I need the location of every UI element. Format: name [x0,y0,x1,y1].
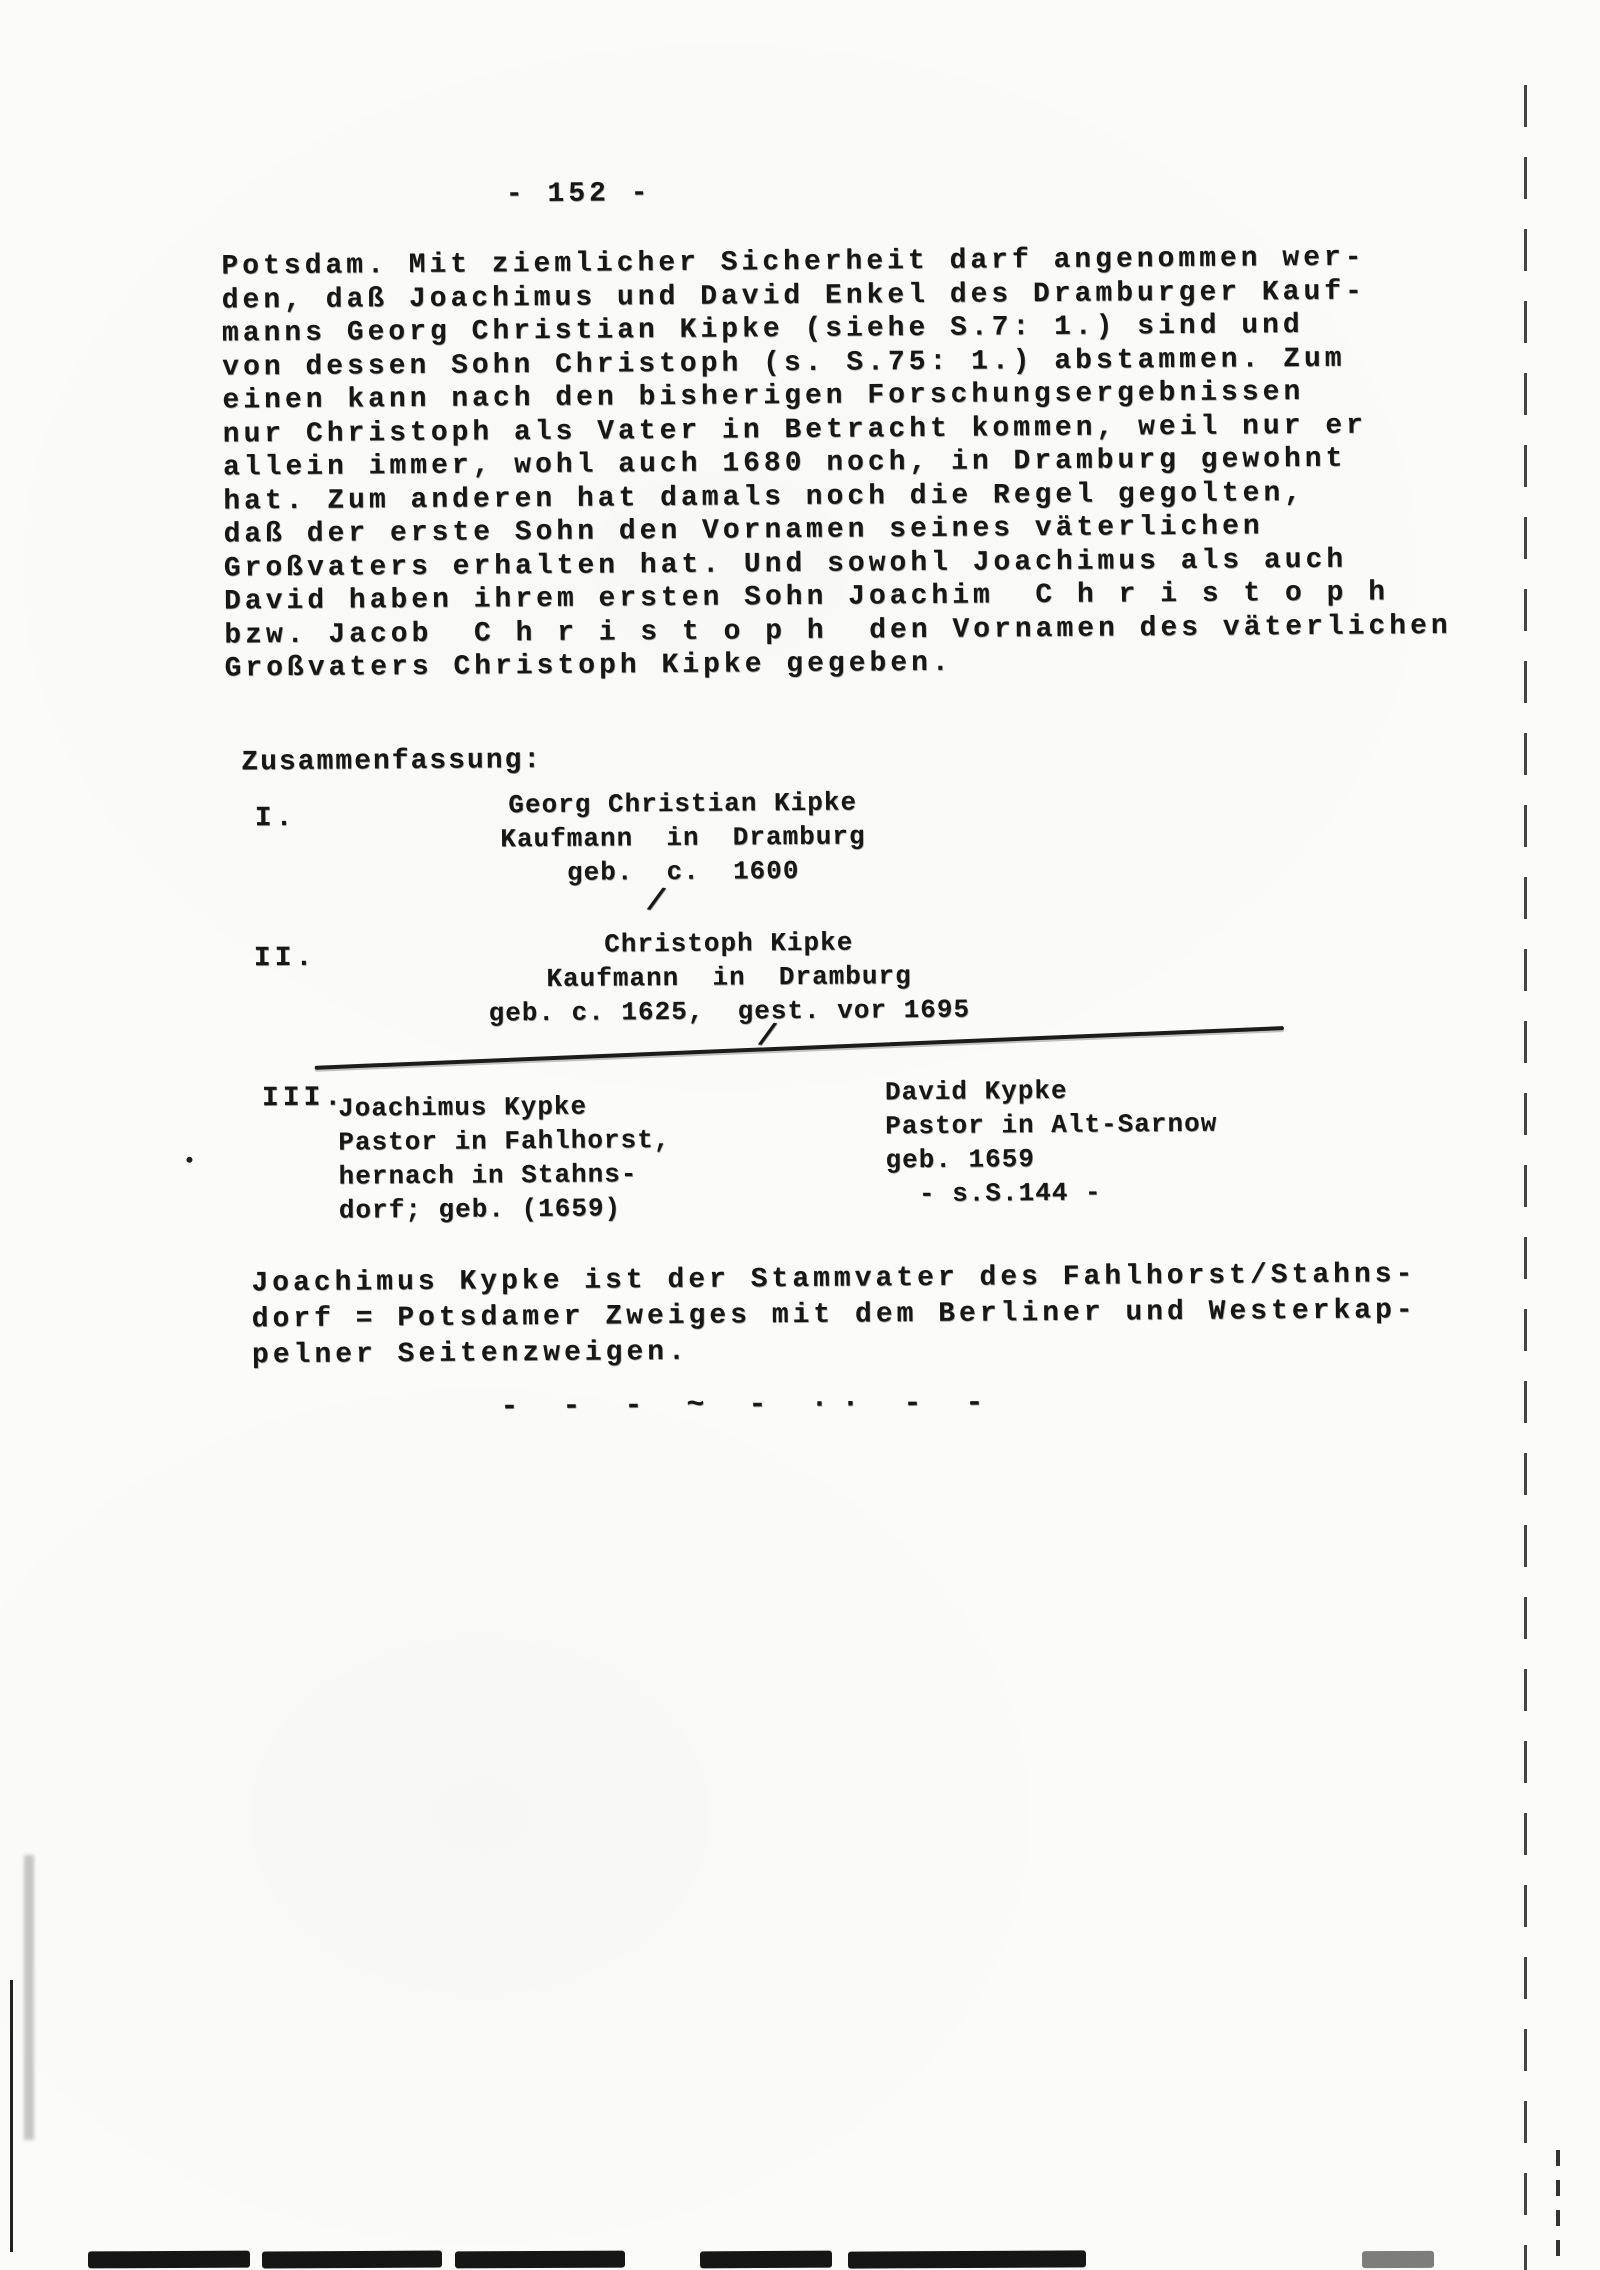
person-name: Christoph Kipke [449,924,1009,962]
person-dates: dorf; geb. (1659) [339,1191,671,1228]
scan-smudge [24,1855,34,2140]
ink-speck [186,1157,192,1163]
summary-heading: Zusammenfassung: [241,744,542,780]
person-occupation: hernach in Stahns- [338,1157,670,1194]
scan-crease-dashed-line [1524,85,1527,2270]
generation-3-label: III. [262,1082,345,1116]
bottom-ink-smear [455,2251,625,2269]
person-name: Joachimus Kypke [338,1089,670,1126]
generation-3-left-entry: Joachimus Kypke Pastor in Fahlhorst, her… [338,1089,671,1228]
person-name: David Kypke [885,1073,1217,1110]
scan-crease-dashed-line-short [1556,2150,1560,2270]
generation-1-label: I. [255,802,297,836]
person-dates: geb. c. 1600 [448,853,918,891]
sibling-branch-line [315,1026,1284,1070]
bottom-ink-smear [848,2250,1086,2268]
bottom-ink-smear [88,2251,250,2269]
page-reference: - s.S.144 - [886,1175,1218,1212]
generation-2-label: II. [254,942,317,976]
person-occupation: Kaufmann in Dramburg [448,819,918,857]
descent-slash-1: / [644,882,668,921]
generation-1-entry: Georg Christian Kipke Kaufmann in Drambu… [448,785,919,891]
person-occupation: Kaufmann in Dramburg [449,958,1009,996]
person-dates: geb. 1659 [885,1141,1217,1178]
bottom-ink-smear [700,2251,832,2269]
person-dates: geb. c. 1625, gest. vor 1695 [449,992,1009,1030]
generation-2-entry: Christoph Kipke Kaufmann in Dramburg geb… [449,924,1010,1030]
bottom-ink-smear [1362,2251,1434,2268]
closing-paragraph: Joachimus Kypke ist der Stammvater des F… [251,1257,1417,1374]
page-number: - 152 - [506,177,652,212]
generation-3-right-entry: David Kypke Pastor in Alt-Sarnow geb. 16… [885,1073,1218,1212]
scanned-page: - 152 - Potsdam. Mit ziemlicher Sicherhe… [0,0,1600,2270]
person-occupation: Pastor in Fahlhorst, [338,1123,670,1160]
bottom-ink-smear [262,2251,442,2269]
intro-paragraph: Potsdam. Mit ziemlicher Sicherheit darf … [221,241,1452,686]
person-name: Georg Christian Kipke [448,785,918,823]
person-occupation: Pastor in Alt-Sarnow [885,1107,1217,1144]
dashed-separator: - - - ~ - ·· - - [500,1386,996,1424]
scan-edge-line [10,1980,13,2252]
